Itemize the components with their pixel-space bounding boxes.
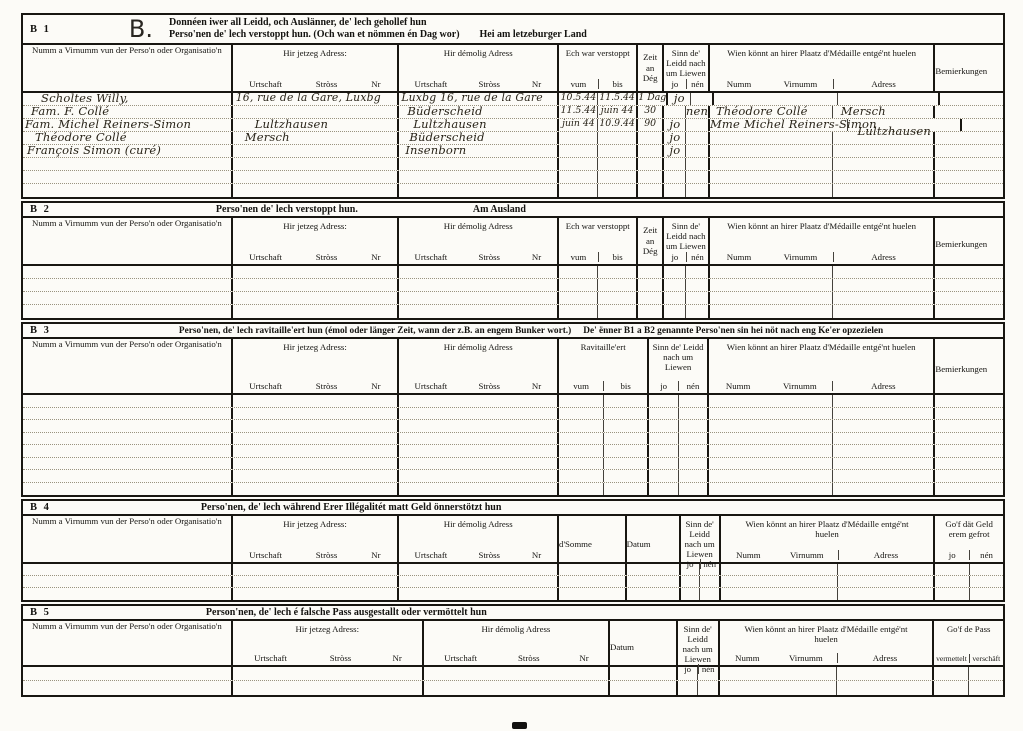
section-b3-body [23,395,1003,495]
colhdr-zeit: Zeit an Dég [638,45,663,91]
table-row [23,158,1003,171]
cell [399,184,559,197]
cell [627,576,681,587]
hw-name: Fam. Michel Reiners-Simon [23,118,231,130]
label: Virnumm [775,653,837,663]
cell [709,420,935,432]
cell [935,433,1003,445]
label: Ech war verstoppt [559,218,636,231]
cell [627,564,681,575]
subcell [598,132,637,144]
cell [23,564,233,575]
table-row [23,681,1003,695]
colhdr-demolig-adress: Hir démolig AdressUrtschaftStròssNr [399,516,559,562]
colhdr-sinn: Sinn de' Leidd nach um Liewenjonén [678,621,720,665]
label: Nr [516,79,557,89]
section-b3: B 3 Perso'nen, de' lech ravitaille'ert h… [21,322,1005,497]
cell [23,588,233,600]
cell [233,408,400,420]
cell [935,395,1003,407]
label: jo [664,252,686,262]
cell [399,483,559,496]
label: Nr [560,653,608,663]
section-b1-body: Scholtes Willy, 16, rue de la Gare, Luxb… [23,93,1003,197]
colhdr-sinn: Sinn de' Leidd nach um Liewenjonén [664,45,710,91]
hw-name: Scholtes Willy, [23,92,231,104]
section-subtitle: Am Ausland [473,204,526,215]
label: Sinn de' Leidd nach um Liewen [681,516,719,559]
cell-bemierkungen [940,93,1008,105]
colhdr-ravitailleert: Ravitaille'ertvumbis [559,339,649,393]
cell [559,420,649,432]
hw-name: François Simon (curé) [23,144,231,156]
cell [23,458,233,470]
label: Sinn de' Leidd nach um Liewen [649,339,707,372]
colhdr-demolig-adress: Hir démolig AdressUrtschaftStròssNr [399,218,559,264]
cell [233,420,400,432]
subheaders: jonén [649,381,707,393]
cell [710,292,935,304]
subheaders: NummVirnummAdress [721,550,934,562]
colhdr-jetzeg-adress: Hir jetzeg Adress:UrtschaftStròssNr [233,218,400,264]
cell [678,667,720,680]
subheaders: vumbis [559,252,636,264]
cell [935,408,1003,420]
cell [720,681,935,695]
label: nén [686,252,708,262]
cell [559,279,638,291]
cell [627,588,681,600]
label: Zeit an Dég [640,52,659,84]
label: Adress [838,550,934,560]
hw-bis: juin 44 [598,105,637,118]
label: Stròss [462,252,516,262]
cell [399,576,559,587]
cell [399,279,559,291]
hw-demolig: Insenborn [399,144,557,156]
label: Sinn de' Leidd nach um Liewen [664,45,708,78]
cell [934,681,1003,695]
label: Datum [627,539,651,549]
label: Bemierkungen [935,364,987,374]
cell [233,305,400,318]
cell-zeit [638,145,663,157]
label: Virnumm [768,79,833,89]
table-row [23,470,1003,483]
subheaders: vumbis [559,381,647,393]
cell [710,158,935,170]
cell [233,576,400,587]
cell-jetzeg: Mersch [233,132,400,144]
cell [559,483,649,496]
label: Virnumm [776,550,838,560]
cell [399,470,559,482]
cell [424,667,610,680]
cell [709,395,935,407]
cell [399,292,559,304]
cell-medaille [710,145,935,157]
cell [638,158,663,170]
cell-medaille: Mme Michel Reiners-SimonLultzhausen [710,119,962,131]
column-headers: Numm a Virnumm vun der Perso'n oder Orga… [23,339,1003,395]
colhdr-name: Numm a Virnumm vun der Perso'n oder Orga… [23,516,233,562]
cell [424,681,610,695]
cell [23,305,233,318]
subheaders: NummVirnummAdress [710,252,933,264]
cell [23,483,233,496]
cell-bemierkungen [962,119,1023,131]
cell [710,279,935,291]
cell-bemierkungen [935,106,1003,118]
cell [559,305,638,318]
cell-verstoppt: 10.5.4411.5.44 [559,93,638,105]
cell [721,588,936,600]
colhdr-jetzeg-adress: Hir jetzeg Adress:UrtschaftStròssNr [233,621,424,665]
table-row [23,483,1003,496]
section-id: B 5 [23,607,51,618]
form: B 1 B. Donnéen iwer all Leidd, och Auslä… [21,13,1005,699]
cell [681,564,721,575]
cell [638,266,663,278]
cell [23,667,233,680]
cell [664,305,710,318]
hw-vum: 10.5.44 [559,92,598,105]
colhdr-demolig-adress: Hir démolig AdressUrtschaftStròssNr [399,339,559,393]
label: Wien könnt an hirer Plaatz d'Médaille en… [721,516,934,539]
cell [664,171,710,183]
hw-name: Théodore Collé [23,131,231,143]
hw-demolig: Luxbg 16, rue de la Gare [399,92,557,104]
column-headers: Numm a Virnumm vun der Perso'n oder Orga… [23,218,1003,266]
label: nén [686,79,708,89]
colhdr-verstoppt: Ech war verstopptvumbis [559,45,638,91]
table-row [23,266,1003,279]
cell [233,483,400,496]
cell [559,576,627,587]
cell [23,576,233,587]
label: Urtschaft [233,381,299,391]
cell-verstoppt [559,145,638,157]
hw-jetzeg: Lultzhausen [233,118,398,130]
cell-verstoppt: juin 4410.9.44 [559,119,638,131]
section-b5: B 5 Person'nen, de' lech é falsche Pass … [21,604,1005,697]
colhdr-bemierkungen: Bemierkungen [935,45,1003,91]
cell [233,395,400,407]
table-row [23,588,1003,600]
subheaders: NummVirnummAdress [709,381,933,393]
label: Nr [355,550,398,560]
cell [649,445,709,457]
cell [399,158,559,170]
cell [23,470,233,482]
cell [935,564,1003,575]
table-row [23,408,1003,421]
cell [935,420,1003,432]
cell [23,171,233,183]
column-headers: Numm a Virnumm vun der Perso'n oder Orga… [23,516,1003,564]
title-line-1: Donnéen iwer all Leidd, och Auslänner, d… [169,17,587,30]
table-row [23,292,1003,305]
cell [935,445,1003,457]
cell [934,667,1003,680]
cell [935,184,1003,197]
cell [709,458,935,470]
subheaders: vermetteltverschäft [934,654,1003,665]
cell [233,588,400,600]
section-title: Perso'nen, de' lech ravitaille'ert hun (… [179,326,571,336]
hw-demolig: Lultzhausen [399,118,557,130]
cell [610,681,678,695]
label: Virnumm [768,252,833,262]
cell-zeit: 1 Dag [638,93,668,105]
cell [649,420,709,432]
table-row [23,458,1003,471]
hw-demolig: Büderscheid [399,131,557,143]
cell [233,681,424,695]
subcell [686,132,708,144]
label: d'Somme [559,539,592,549]
hw-nen [686,118,708,131]
cell [681,588,721,600]
label: Numm [721,550,776,560]
label: Bemierkungen [935,66,987,76]
cell [23,395,233,407]
label: Adress [837,653,933,663]
cell [399,266,559,278]
hw-med-adress: Lultzhausen [848,125,961,131]
cell [935,576,1003,587]
subheaders: UrtschaftStròssNr [233,653,422,665]
subheaders: UrtschaftStròssNr [424,653,608,665]
cell [638,171,663,183]
section-b1-title-row: B 1 B. Donnéen iwer all Leidd, och Auslä… [23,15,1003,45]
label: Urtschaft [399,550,462,560]
cell [649,483,709,496]
cell [664,266,710,278]
cell [710,305,935,318]
label: Numm a Virnumm vun der Perso'n oder Orga… [32,45,222,56]
label: Hir jetzeg Adress: [233,339,398,352]
subheaders: UrtschaftStròssNr [399,550,557,562]
section-title: Person'nen, de' lech é falsche Pass ausg… [206,607,487,618]
cell-zeit: 90 [638,119,663,131]
label: Hir démolig Adress [399,45,557,58]
table-row [23,576,1003,588]
label: Sinn de' Leidd nach um Liewen [664,218,708,251]
label: Hir jetzeg Adress: [233,218,398,231]
subcell [598,145,637,157]
cell [23,445,233,457]
cell [710,266,935,278]
table-row: François Simon (curé) Insenborn jo [23,145,1003,158]
section-b4-body [23,564,1003,600]
label: Zeit an Dég [640,225,659,257]
label: vum [559,381,603,391]
label: Numm [710,252,768,262]
colhdr-bemierkungen: Bemierkungen [935,339,1003,393]
label: Wien könnt an hirer Plaatz d'Médaille en… [720,621,933,644]
label: jo [664,79,686,89]
section-id: B 4 [23,502,51,513]
hw-zeit: 30 [638,105,661,117]
cell [721,576,936,587]
cell [233,470,400,482]
label: Stròss [308,653,372,663]
cell [935,483,1003,496]
colhdr-medaille: Wien könnt an hirer Plaatz d'Médaille en… [710,218,935,264]
label: Numm a Virnumm vun der Perso'n oder Orga… [32,621,222,632]
section-title: Perso'nen, de' lech während Erer Illégal… [201,502,502,513]
subcell [686,145,708,157]
section-id: B 2 [23,204,51,215]
cell [649,433,709,445]
table-row [23,445,1003,458]
subheaders: UrtschaftStròssNr [399,381,557,393]
section-id: B 1 [23,24,51,35]
scanned-form-page: B 1 B. Donnéen iwer all Leidd, och Auslä… [0,0,1023,731]
table-row [23,305,1003,318]
colhdr-medaille: Wien könnt an hirer Plaatz d'Médaille en… [710,45,935,91]
label: Nr [355,79,398,89]
cell [23,408,233,420]
label: Adress [833,252,934,262]
cell [559,395,649,407]
label: Urtschaft [399,252,462,262]
hw-jo: jo [664,144,686,157]
colhdr-jetzeg-adress: Hir jetzeg Adress:UrtschaftStròssNr [233,339,400,393]
cell-verstoppt: 11.5.44juin 44 [559,106,638,118]
subheaders: UrtschaftStròssNr [399,79,557,91]
cell [399,564,559,575]
subheaders: NummVirnummAdress [710,79,933,91]
form-letter: B. [129,19,153,39]
section-title: Perso'nen de' lech verstoppt hun. [216,204,358,215]
cell-zeit [638,132,663,144]
cell [559,408,649,420]
subcell [559,145,598,157]
cell [233,433,400,445]
colhdr-demolig-adress: Hir démolig AdressUrtschaftStròssNr [399,45,559,91]
section-subtitle: De' ënner B1 a B2 genannte Perso'nen sin… [583,326,883,336]
cell-verstoppt [559,132,638,144]
cell [935,266,1003,278]
hw-demolig: Büderscheid [399,105,557,117]
cell [233,564,400,575]
label: Urtschaft [233,79,299,89]
cell [649,395,709,407]
cell [559,171,638,183]
label: Nr [516,550,557,560]
cell [935,158,1003,170]
colhdr-sinn: Sinn de' Leidd nach um Liewenjonén [681,516,721,562]
colhdr-name: Numm a Virnumm vun der Perso'n oder Orga… [23,45,233,91]
cell [638,292,663,304]
label: jo [935,550,969,560]
section-b2-body [23,266,1003,318]
label: Urtschaft [233,653,309,663]
label: Urtschaft [424,653,498,663]
title-right: Hei am letzeburger Land [480,29,587,40]
section-title: Donnéen iwer all Leidd, och Auslänner, d… [169,17,587,42]
cell [233,184,400,197]
cell [23,184,233,197]
subheaders: UrtschaftStròssNr [233,381,398,393]
label: Stròss [462,79,516,89]
label: vum [559,252,598,262]
colhdr-jetzeg-adress: Hir jetzeg Adress:UrtschaftStròssNr [233,516,400,562]
label: Numm a Virnumm vun der Perso'n oder Orga… [32,516,222,527]
subheaders: jonén [664,252,708,264]
cell [233,458,400,470]
cell [721,564,936,575]
label: Hir démolig Adress [399,339,557,352]
label: Adress [833,79,934,89]
cell [935,279,1003,291]
cell-medaille [710,132,935,144]
cell [649,408,709,420]
cell [935,305,1003,318]
colhdr-sinn: Sinn de' Leidd nach um Liewenjonén [664,218,710,264]
scan-ink-artifact [512,722,527,729]
label: Hir jetzeg Adress: [233,621,422,634]
colhdr-jetzeg-adress: Hir jetzeg Adress:UrtschaftStròssNr [233,45,400,91]
table-row [23,171,1003,184]
subheaders: NummVirnummAdress [720,653,933,665]
hw-zeit: 90 [638,118,661,130]
cell [935,171,1003,183]
label: Urtschaft [233,252,299,262]
section-id: B 3 [23,325,51,336]
colhdr-name: Numm a Virnumm vun der Perso'n oder Orga… [23,339,233,393]
label: Numm a Virnumm vun der Perso'n oder Orga… [32,339,222,350]
cell [935,470,1003,482]
cell [664,184,710,197]
subheaders: UrtschaftStròssNr [233,79,398,91]
cell-jetzeg: 16, rue de la Gare, Luxbg [233,93,400,105]
cell [638,279,663,291]
cell [709,470,935,482]
colhdr-medaille: Wien könnt an hirer Plaatz d'Médaille en… [721,516,936,562]
table-row [23,564,1003,576]
cell-sinn: jo [664,145,710,157]
subcell [559,132,598,144]
subheaders: UrtschaftStròssNr [233,550,398,562]
cell [399,305,559,318]
cell-bemierkungen [935,132,1003,144]
hw-vum: juin 44 [559,118,598,131]
label: Go'f de Pass [934,621,1003,634]
label: Virnumm [767,381,832,391]
cell [649,470,709,482]
label: Adress [832,381,933,391]
colhdr-zeit: Zeit an Dég [638,218,663,264]
label: Wien könnt an hirer Plaatz d'Médaille en… [710,45,933,58]
cell [399,408,559,420]
cell [559,266,638,278]
cell [559,433,649,445]
colhdr-datum: Datum [610,621,678,665]
cell [399,433,559,445]
cell-zeit: 30 [638,106,663,118]
colhdr-datum: Datum [627,516,681,562]
colhdr-sinn: Sinn de' Leidd nach um Liewenjonén [649,339,709,393]
cell [935,292,1003,304]
label: Datum [610,642,634,652]
cell [709,408,935,420]
colhdr-somme: d'Somme [559,516,627,562]
colhdr-verstoppt: Ech war verstopptvumbis [559,218,638,264]
cell [610,667,678,680]
